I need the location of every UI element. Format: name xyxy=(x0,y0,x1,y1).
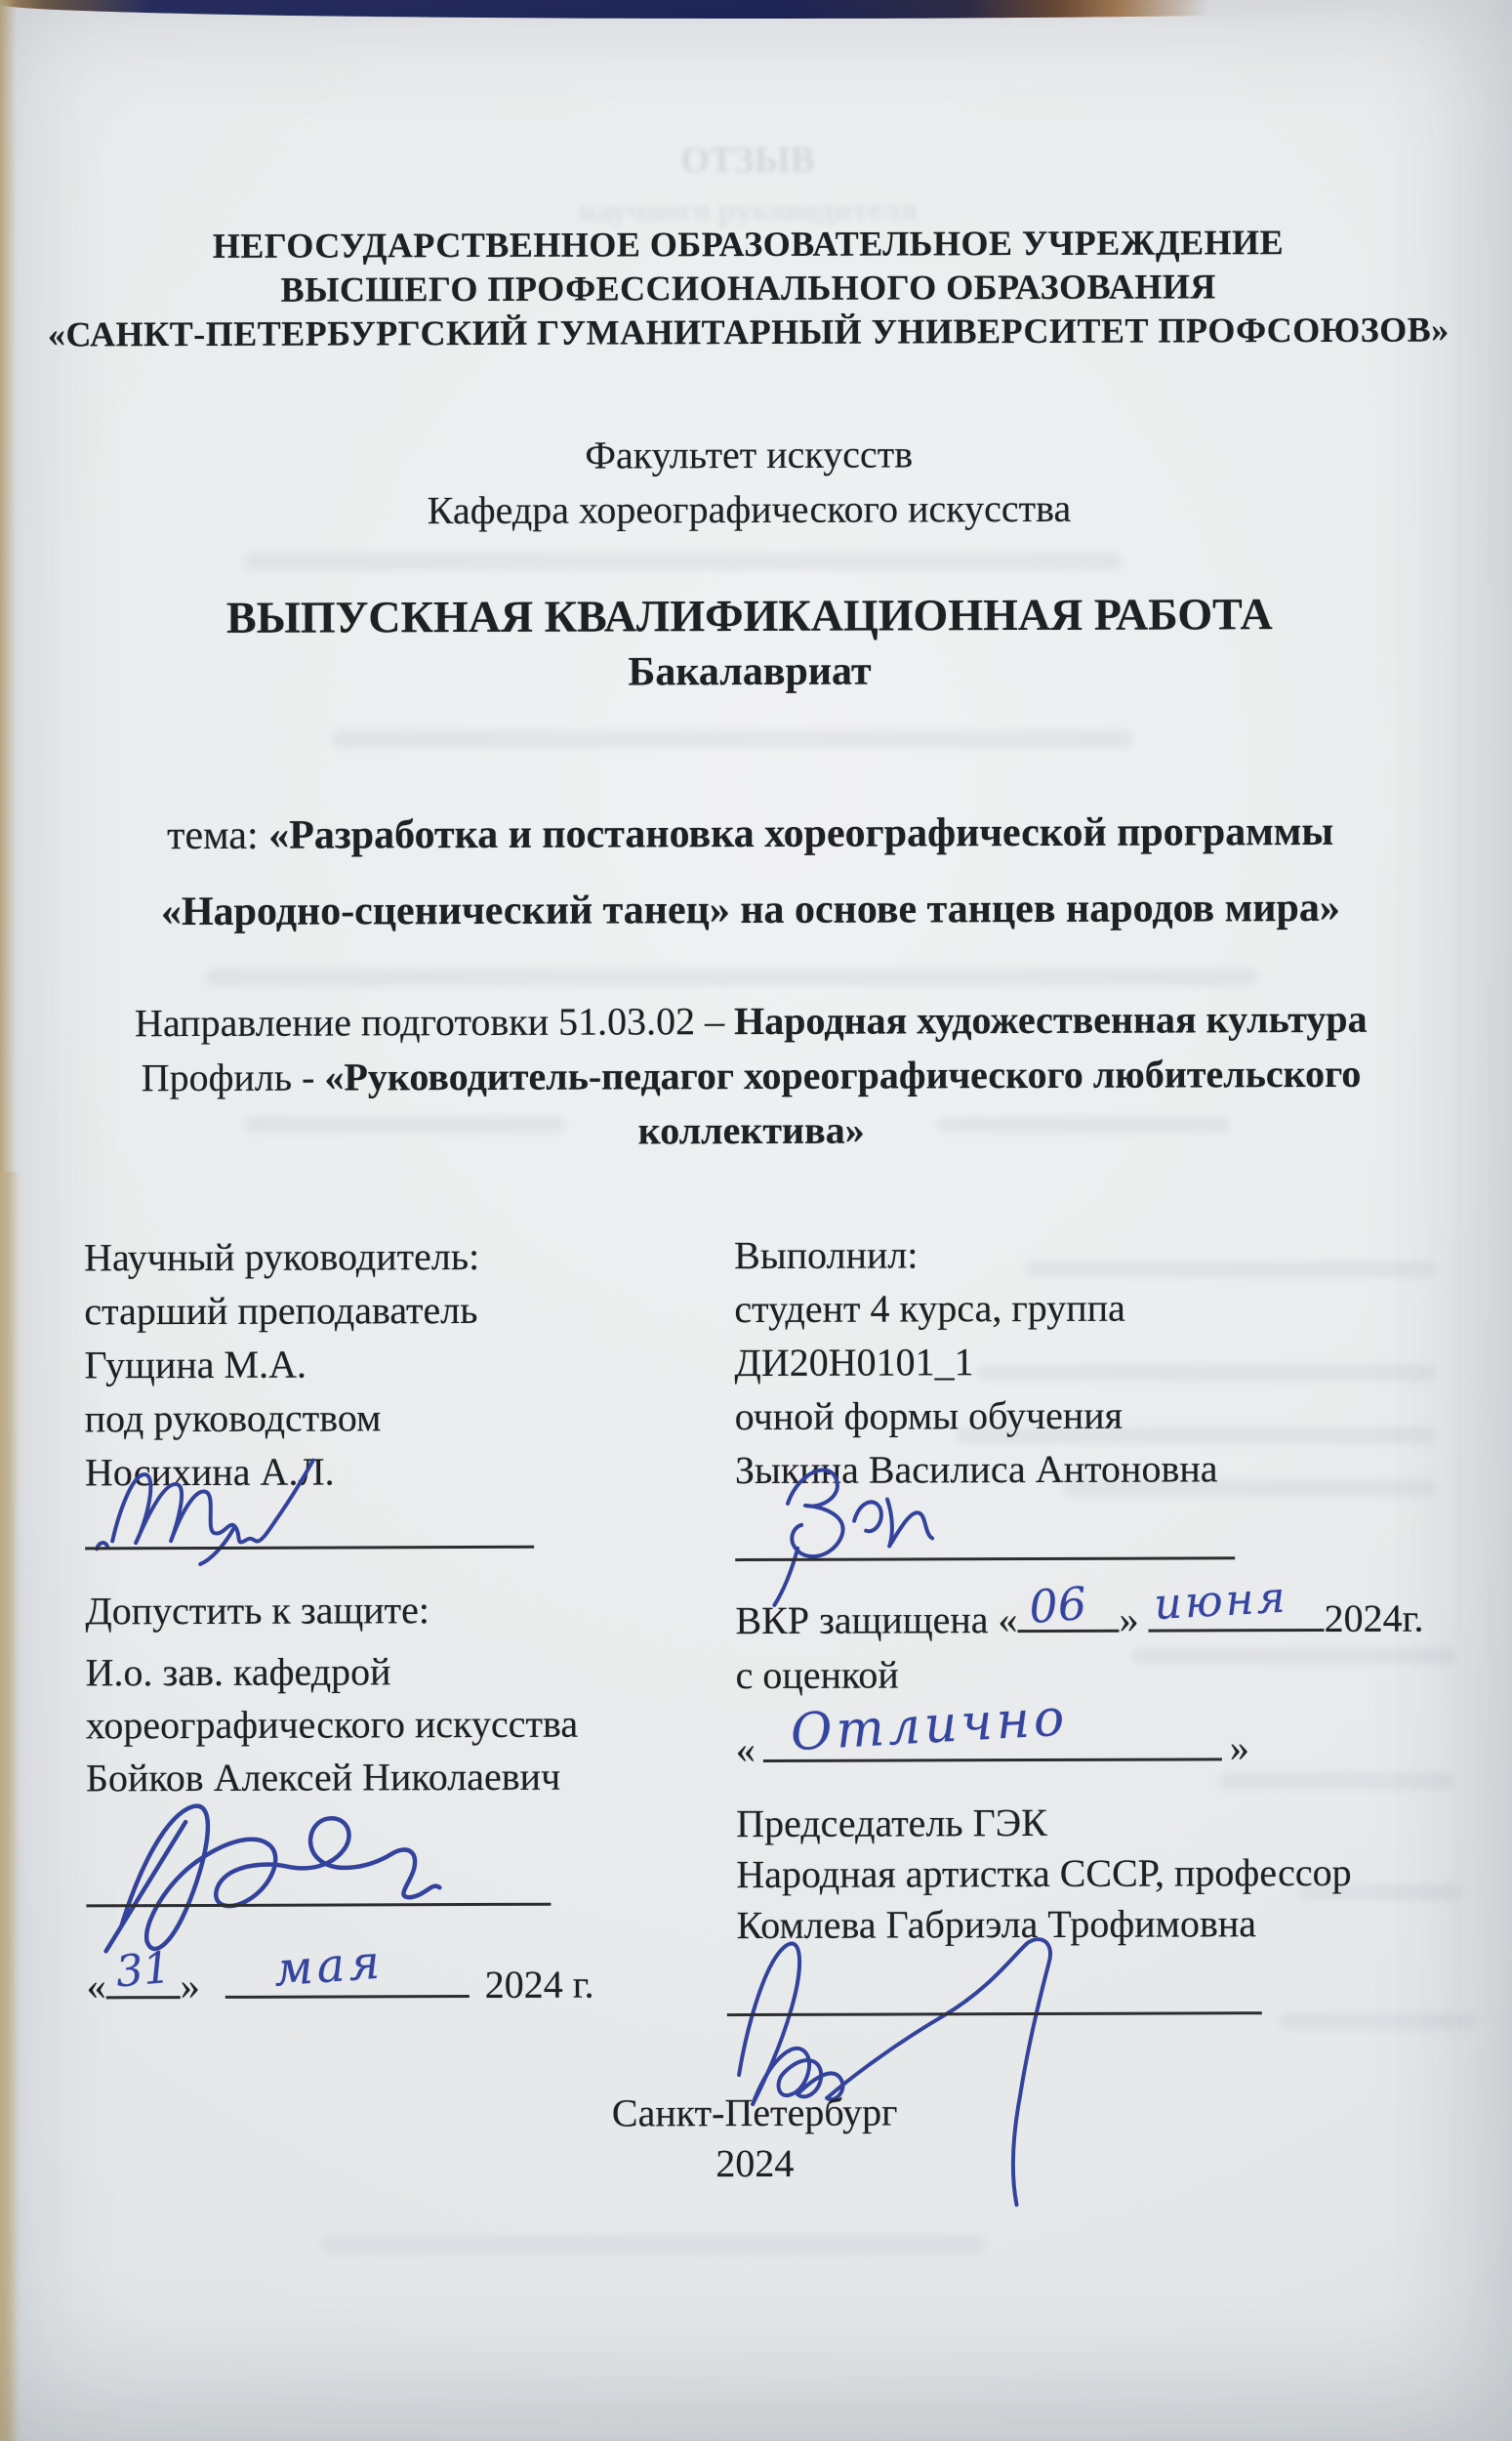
defense-month-blank: июня xyxy=(1148,1586,1324,1633)
defense-date-row: ВКР защищена «06»июня2024г. xyxy=(735,1586,1423,1643)
date-year: 2024 г. xyxy=(485,1963,594,2007)
advisor-line: под руководством xyxy=(85,1390,480,1445)
profile-value-1: «Руководитель-педагог хореографического … xyxy=(324,1052,1361,1099)
institution-line-1: НЕГОСУДАРСТВЕННОЕ ОБРАЗОВАТЕЛЬНОЕ УЧРЕЖД… xyxy=(0,220,1500,269)
admission-label: Допустить к защите: xyxy=(85,1587,429,1634)
theme-line-2: «Народно-сценический танец» на основе та… xyxy=(0,884,1502,935)
faculty-block: Факультет искусств Кафедра хореографичес… xyxy=(0,425,1501,539)
profile-value-2: коллектива» xyxy=(0,1104,1503,1155)
grade-open-quote: « xyxy=(736,1727,756,1771)
date-day-blank: 31 xyxy=(106,1953,181,1999)
author-line: студент 4 курса, группа xyxy=(734,1280,1217,1336)
chairman-line: Народная артистка СССР, профессор xyxy=(736,1847,1351,1900)
faculty-name: Факультет искусств xyxy=(0,425,1500,484)
grade-close-quote: » xyxy=(1230,1725,1249,1769)
head-line: И.о. зав. кафедрой xyxy=(86,1645,578,1700)
approval-date-row: «31»мая2024 г. xyxy=(87,1952,594,2009)
program-label: Направление подготовки 51.03.02 – xyxy=(135,999,734,1045)
institution-line-2: ВЫСШЕГО ПРОФЕССИОНАЛЬНОГО ОБРАЗОВАНИЯ xyxy=(0,264,1500,312)
author-line: Выполнил: xyxy=(734,1226,1217,1282)
grade-handwritten: Отлично xyxy=(789,1688,1069,1762)
year-line: 2024 xyxy=(3,2137,1506,2188)
chairman-line: Председатель ГЭК xyxy=(736,1797,1351,1849)
work-type-title: ВЫПУСКНАЯ КВАЛИФИКАЦИОННАЯ РАБОТА xyxy=(0,587,1501,643)
program-value: Народная художественная культура xyxy=(734,997,1368,1043)
defense-day-handwritten: 06 xyxy=(1028,1577,1088,1634)
defense-month-handwritten: июня xyxy=(1153,1573,1289,1631)
scanned-title-page: ОТЗЫВ научного руководителя НЕГОСУДАРСТВ… xyxy=(0,0,1512,2441)
defense-prefix: ВКР защищена « xyxy=(735,1597,1017,1642)
date-month-blank: мая xyxy=(225,1952,470,1999)
city-line: Санкт-Петербург xyxy=(3,2087,1506,2137)
program-line: Направление подготовки 51.03.02 – Народн… xyxy=(0,995,1502,1046)
institution-header: НЕГОСУДАРСТВЕННОЕ ОБРАЗОВАТЕЛЬНОЕ УЧРЕЖД… xyxy=(0,220,1500,356)
date-day-handwritten: 31 xyxy=(113,1943,172,1998)
author-line: ДИ20Н0101_1 xyxy=(734,1334,1217,1389)
grade-blank: Отлично xyxy=(763,1713,1222,1762)
author-line: очной формы обучения xyxy=(735,1387,1218,1443)
bleedthrough-title: ОТЗЫВ xyxy=(0,136,1499,184)
advisor-line: Гущина М.А. xyxy=(84,1337,479,1391)
defense-day-blank: 06 xyxy=(1017,1587,1119,1633)
date-close-quote: » xyxy=(181,1964,200,2007)
theme-line-1: тема: «Разработка и постановка хореограф… xyxy=(0,807,1502,859)
author-signature-line xyxy=(735,1556,1235,1561)
author-signature xyxy=(745,1442,951,1609)
date-open-quote: « xyxy=(87,1964,106,2007)
theme-text-1: «Разработка и постановка хореографическо… xyxy=(268,809,1333,858)
head-line: хореографического искусства xyxy=(86,1698,578,1753)
defense-close-quote: » xyxy=(1119,1597,1138,1641)
advisor-line: Научный руководитель: xyxy=(84,1229,479,1284)
defense-year: 2024г. xyxy=(1324,1596,1423,1640)
theme-prefix: тема: xyxy=(167,813,268,858)
date-month-handwritten: мая xyxy=(272,1934,386,1997)
grade-label: с оценкой xyxy=(736,1651,899,1698)
degree-level: Бакалавриат xyxy=(0,645,1501,697)
profile-line: Профиль - «Руководитель-педагог хореогра… xyxy=(0,1050,1503,1100)
institution-line-3: «САНКТ-ПЕТЕРБУРГСКИЙ ГУМАНИТАРНЫЙ УНИВЕР… xyxy=(0,308,1500,356)
advisor-line: старший преподаватель xyxy=(84,1283,479,1338)
profile-label: Профиль - xyxy=(142,1055,325,1100)
grade-row: «Отлично» xyxy=(736,1713,1249,1772)
department-name: Кафедра хореографического искусства xyxy=(0,479,1501,539)
